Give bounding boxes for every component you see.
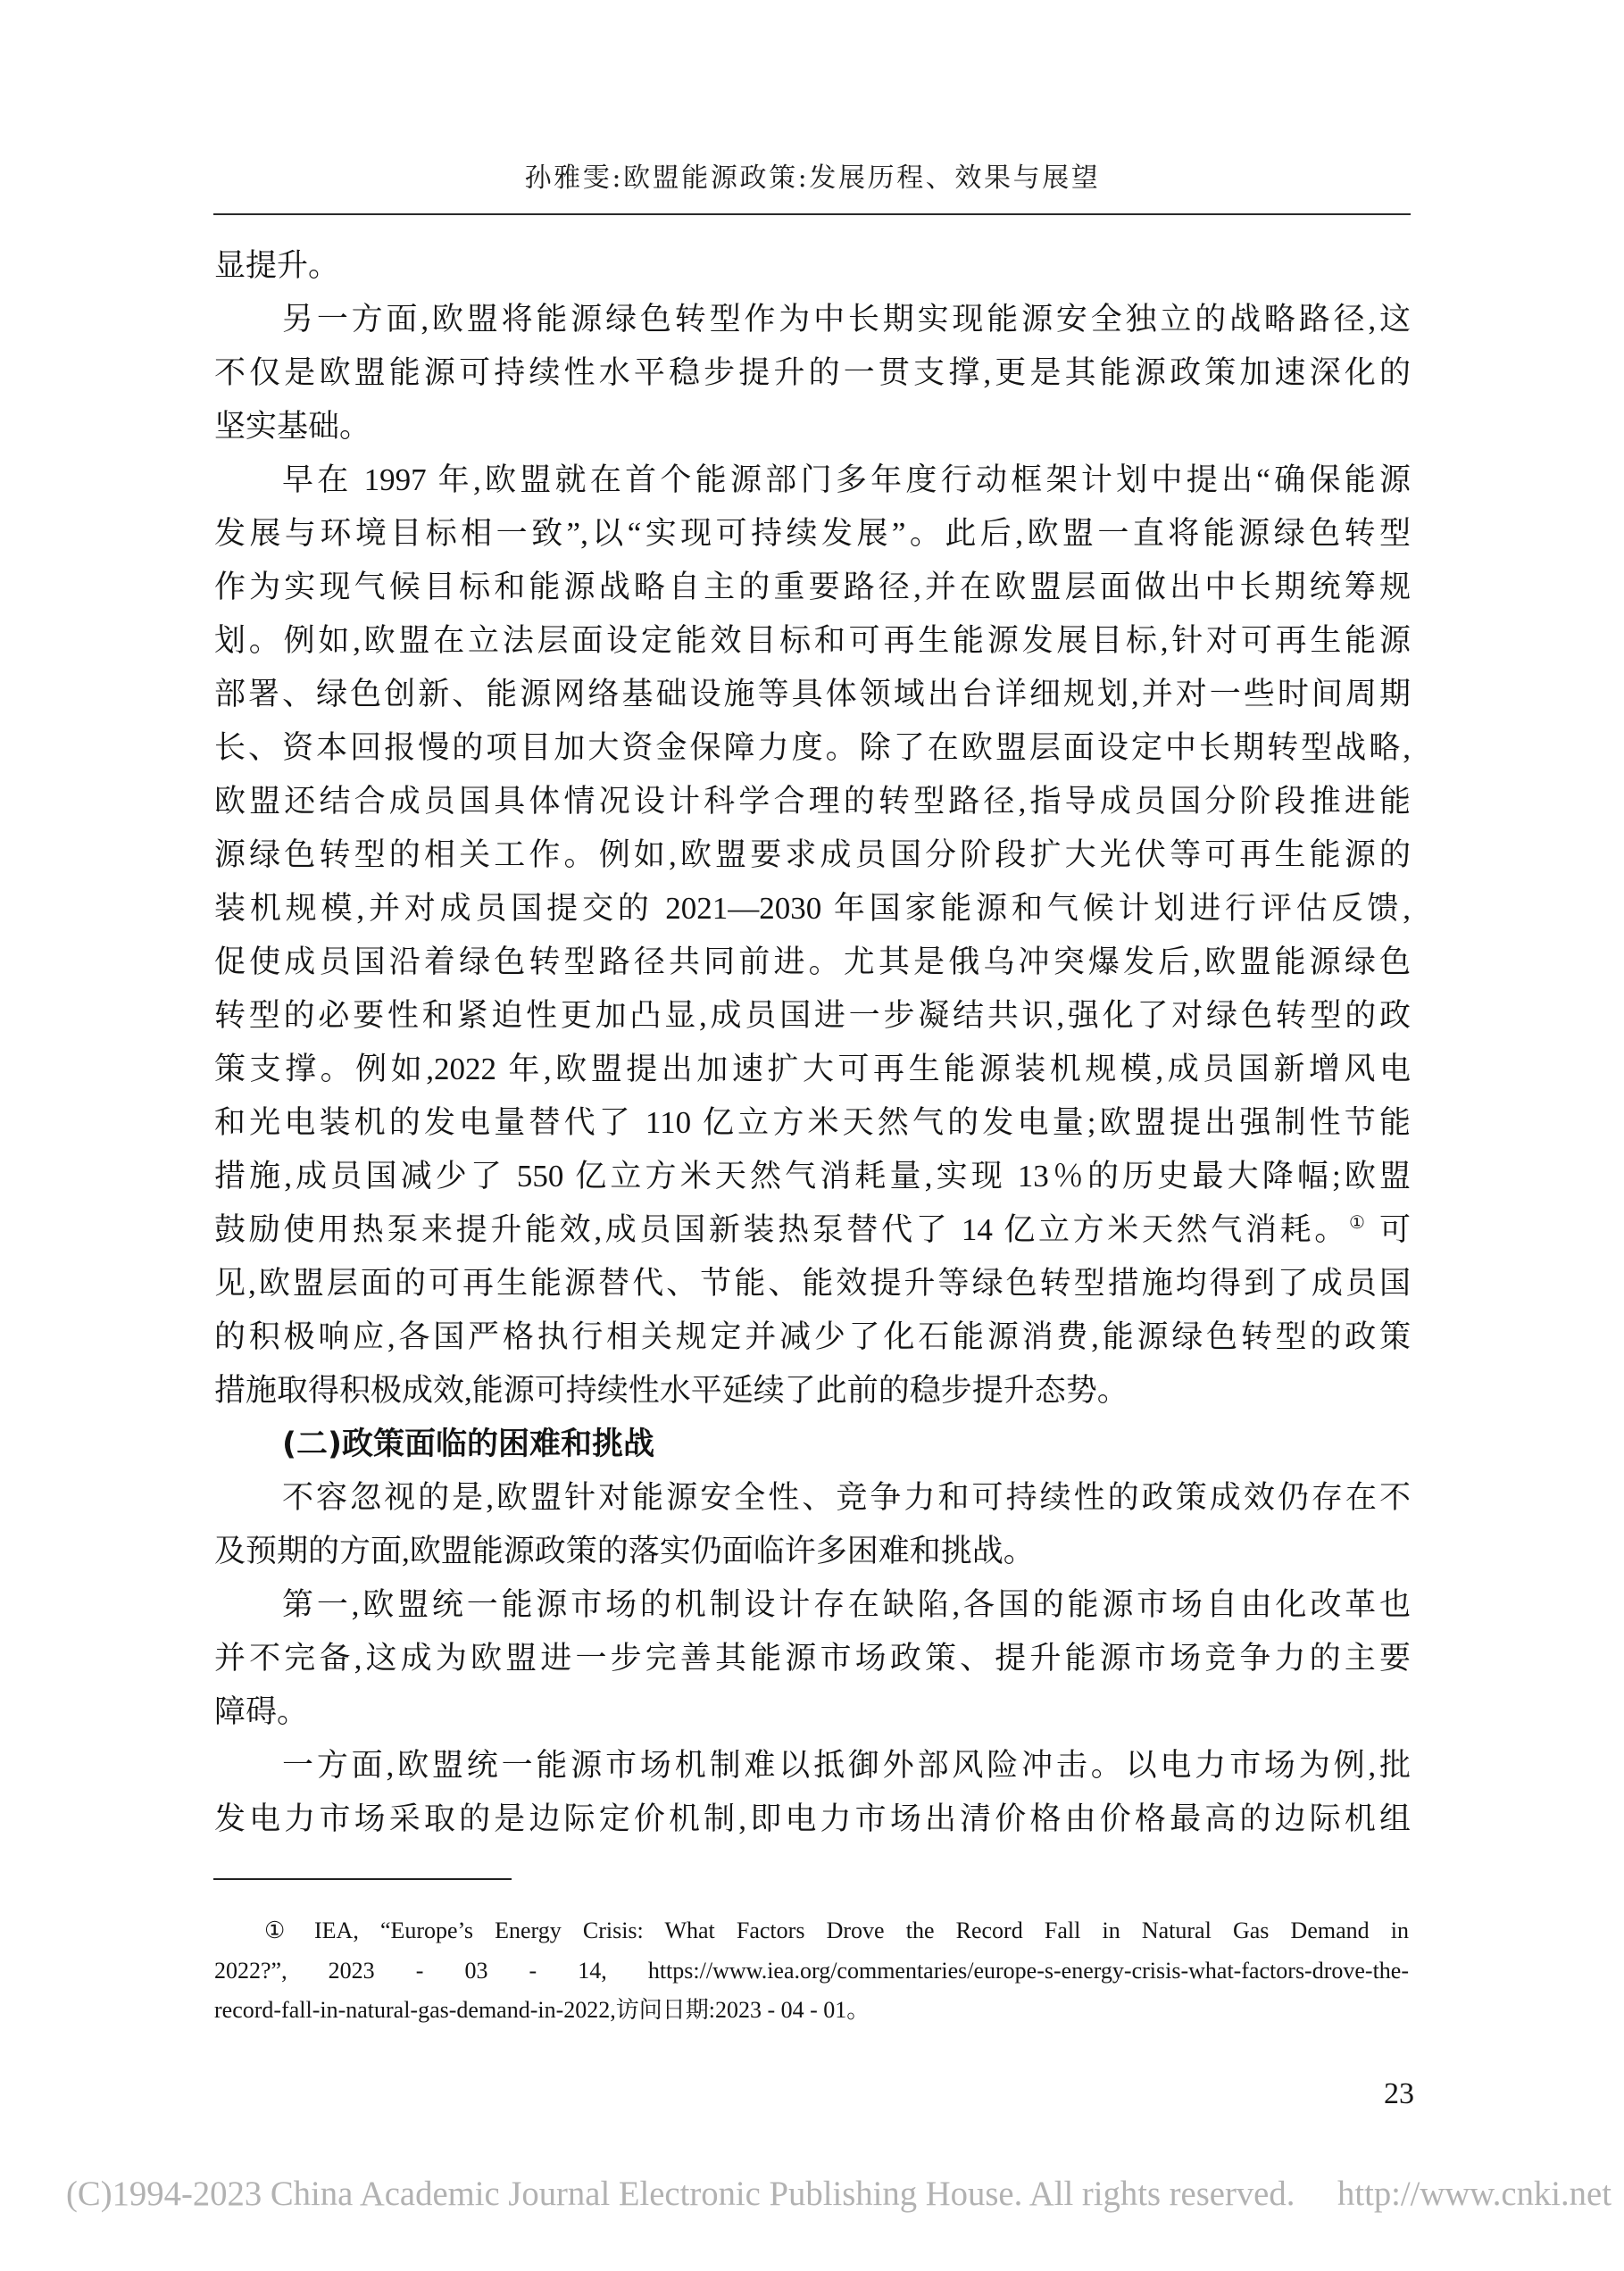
text-line: 策支撑。例如,2022 年,欧盟提出加速扩大可再生能源装机规模,成员国新增风电 [214,1043,1411,1096]
text-line: 并不完备,这成为欧盟进一步完善其能源市场政策、提升能源市场竞争力的主要 [214,1632,1411,1685]
text-line: 装机规模,并对成员国提交的 2021—2030 年国家能源和气候计划进行评估反馈… [214,882,1411,936]
text-line: 源绿色转型的相关工作。例如,欧盟要求成员国分阶段扩大光伏等可再生能源的 [214,828,1411,882]
text-segment: 可 [1369,1212,1411,1247]
footnote-text: IEA, “Europe’s Energy Crisis: What Facto… [314,1917,1409,1943]
header-rule [213,213,1411,215]
text-line: 划。例如,欧盟在立法层面设定能效目标和可再生能源发展目标,针对可再生能源 [214,614,1411,668]
paragraph-first-line: 早在 1997 年,欧盟就在首个能源部门多年度行动框架计划中提出“确保能源 [214,453,1411,507]
footnote-rule [213,1878,512,1880]
text-line: 措施取得积极成效,能源可持续性水平延续了此前的稳步提升态势。 [214,1364,1411,1418]
footnote-line: 2022?”, 2023 - 03 - 14, https://www.iea.… [214,1951,1409,1992]
text-line: 长、资本回报慢的项目加大资金保障力度。除了在欧盟层面设定中长期转型战略, [214,721,1411,775]
text-line: 不仅是欧盟能源可持续性水平稳步提升的一贯支撑,更是其能源政策加速深化的 [214,346,1411,400]
text-line: 的积极响应,各国严格执行相关规定并减少了化石能源消费,能源绿色转型的政策 [214,1310,1411,1364]
text-line: 障碍。 [214,1685,1411,1739]
body-text: 显提升。 另一方面,欧盟将能源绿色转型作为中长期实现能源安全独立的战略路径,这 … [214,239,1411,1846]
footnote-line: record-fall-in-natural-gas-demand-in-202… [214,1991,1409,2031]
text-line: 及预期的方面,欧盟能源政策的落实仍面临许多困难和挑战。 [214,1525,1411,1578]
text-line: 部署、绿色创新、能源网络基础设施等具体领域出台详细规划,并对一些时间周期 [214,668,1411,721]
text-line: 促使成员国沿着绿色转型路径共同前进。尤其是俄乌冲突爆发后,欧盟能源绿色 [214,936,1411,989]
footnote-marker: ① [264,1911,314,1951]
text-line: 措施,成员国减少了 550 亿立方米天然气消耗量,实现 13％的历史最大降幅;欧… [214,1150,1411,1203]
text-line: 发电力市场采取的是边际定价机制,即电力市场出清价格由价格最高的边际机组 [214,1793,1411,1846]
running-header: 孙雅雯:欧盟能源政策:发展历程、效果与展望 [214,159,1411,198]
page-number: 23 [1384,2076,1414,2112]
paragraph-first-line: 不容忽视的是,欧盟针对能源安全性、竞争力和可持续性的政策成效仍存在不 [214,1471,1411,1525]
text-line: 坚实基础。 [214,400,1411,453]
footnote-ref-marker: ① [1349,1213,1369,1233]
journal-page: 孙雅雯:欧盟能源政策:发展历程、效果与展望 显提升。 另一方面,欧盟将能源绿色转… [0,0,1624,2271]
footnote: ①IEA, “Europe’s Energy Crisis: What Fact… [214,1911,1409,2031]
text-line: 作为实现气候目标和能源战略自主的重要路径,并在欧盟层面做出中长期统筹规 [214,561,1411,614]
text-line: 显提升。 [214,239,1411,293]
paragraph-first-line: 第一,欧盟统一能源市场的机制设计存在缺陷,各国的能源市场自由化改革也 [214,1578,1411,1632]
copyright-url: http://www.cnki.net [1337,2175,1612,2214]
text-line: 见,欧盟层面的可再生能源替代、节能、能效提升等绿色转型措施均得到了成员国 [214,1257,1411,1310]
section-heading: (二)政策面临的困难和挑战 [214,1418,1411,1471]
paragraph-first-line: 一方面,欧盟统一能源市场机制难以抵御外部风险冲击。以电力市场为例,批 [214,1739,1411,1793]
footnote-line: ①IEA, “Europe’s Energy Crisis: What Fact… [214,1911,1409,1951]
text-segment: 鼓励使用热泵来提升能效,成员国新装热泵替代了 14 亿立方米天然气消耗。 [214,1212,1349,1247]
text-line: 和光电装机的发电量替代了 110 亿立方米天然气的发电量;欧盟提出强制性节能 [214,1096,1411,1150]
copyright-notice: (C)1994-2023 China Academic Journal Elec… [66,2175,1295,2214]
text-line-with-footnote: 鼓励使用热泵来提升能效,成员国新装热泵替代了 14 亿立方米天然气消耗。① 可 [214,1203,1411,1257]
paragraph-first-line: 另一方面,欧盟将能源绿色转型作为中长期实现能源安全独立的战略路径,这 [214,293,1411,346]
text-line: 发展与环境目标相一致”,以“实现可持续发展”。此后,欧盟一直将能源绿色转型 [214,507,1411,561]
text-line: 欧盟还结合成员国具体情况设计科学合理的转型路径,指导成员国分阶段推进能 [214,775,1411,828]
text-line: 转型的必要性和紧迫性更加凸显,成员国进一步凝结共识,强化了对绿色转型的政 [214,989,1411,1043]
